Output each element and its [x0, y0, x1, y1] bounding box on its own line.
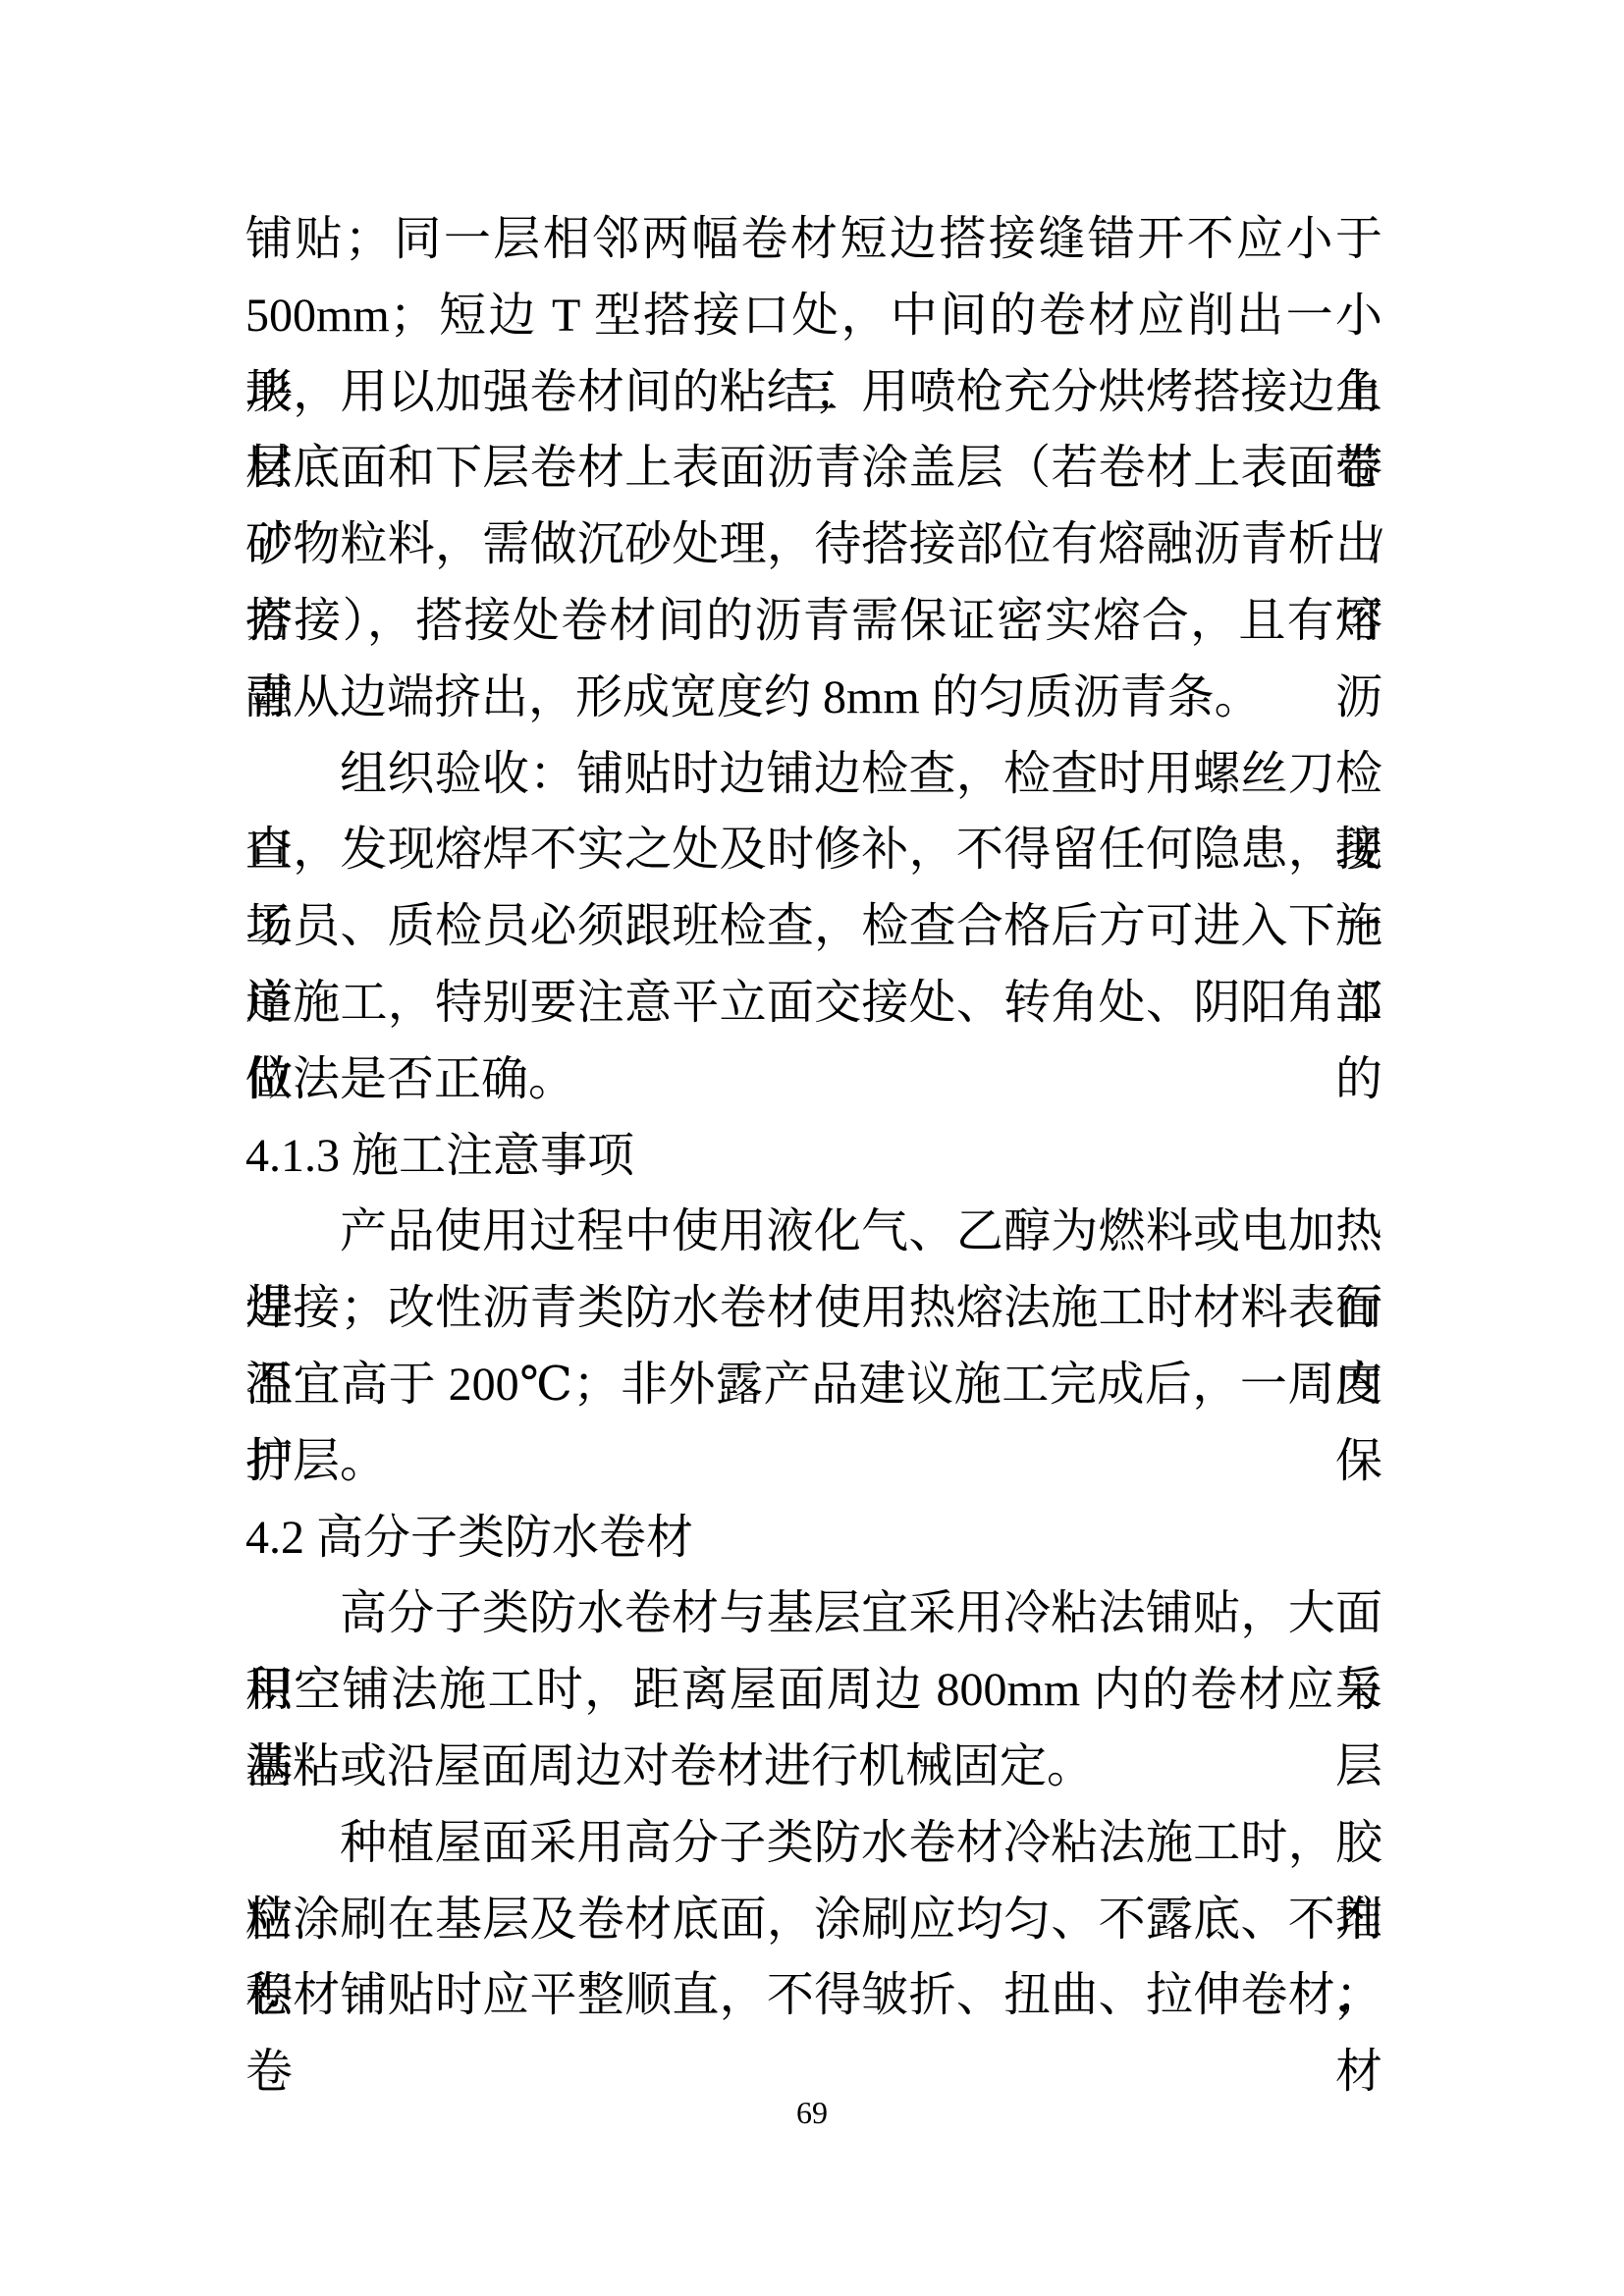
section-heading: 4.1.3 施工注意事项 [245, 1118, 1382, 1195]
text-line: 青从边端挤出，形成宽度约 8mm 的匀质沥青条。 [245, 660, 1382, 736]
text-block: 铺贴；同一层相邻两幅卷材短边搭接缝错开不应小于500mm；短边 T 型搭接口处，… [245, 201, 1382, 2034]
text-line: 口，发现熔焊不实之处及时修补，不得留任何隐患，现场施 [245, 812, 1382, 888]
text-line: 形，用以加强卷材间的粘结；用喷枪充分烘烤搭接边上层卷 [245, 354, 1382, 431]
text-line: 铺贴；同一层相邻两幅卷材短边搭接缝错开不应小于 [245, 201, 1382, 278]
text-line: 搭接），搭接处卷材间的沥青需保证密实熔合，且有熔融沥 [245, 583, 1382, 660]
text-line: 焊接；改性沥青类防水卷材使用热熔法施工时材料表面温度 [245, 1270, 1382, 1347]
text-line: 种植屋面采用高分子类防水卷材冷粘法施工时，胶粘剂 [245, 1805, 1382, 1882]
text-line: 产品使用过程中使用液化气、乙醇为燃料或电加热进行 [245, 1194, 1382, 1270]
text-line: 工员、质检员必须跟班检查，检查合格后方可进入下一道工 [245, 888, 1382, 965]
text-line: 用空铺法施工时，距离屋面周边 800mm 内的卷材应与基层 [245, 1652, 1382, 1729]
text-line: 材底面和下层卷材上表面沥青涂盖层（若卷材上表面带砂/ [245, 430, 1382, 507]
text-line: 矿物粒料，需做沉砂处理，待搭接部位有熔融沥青析出方可 [245, 507, 1382, 583]
section-heading: 4.2 高分子类防水卷材 [245, 1500, 1382, 1576]
document-page: 铺贴；同一层相邻两幅卷材短边搭接缝错开不应小于500mm；短边 T 型搭接口处，… [0, 0, 1624, 2296]
text-line: 组织验收：铺贴时边铺边检查，检查时用螺丝刀检查接 [245, 736, 1382, 813]
text-line: 500mm；短边 T 型搭接口处，中间的卷材应削出一小块三角 [245, 278, 1382, 354]
text-line: 序施工，特别要注意平立面交接处、转角处、阴阳角部位的 [245, 965, 1382, 1041]
text-line: 不宜高于 200℃；非外露产品建议施工完成后，一周内打保 [245, 1347, 1382, 1423]
text-line: 卷材铺贴时应平整顺直，不得皱折、扭曲、拉伸卷材，卷材 [245, 1957, 1382, 2034]
text-line: 高分子类防水卷材与基层宜采用冷粘法铺贴，大面积采 [245, 1575, 1382, 1652]
text-line: 应涂刷在基层及卷材底面，涂刷应均匀、不露底、不堆积； [245, 1882, 1382, 1958]
page-number: 69 [0, 2095, 1624, 2130]
